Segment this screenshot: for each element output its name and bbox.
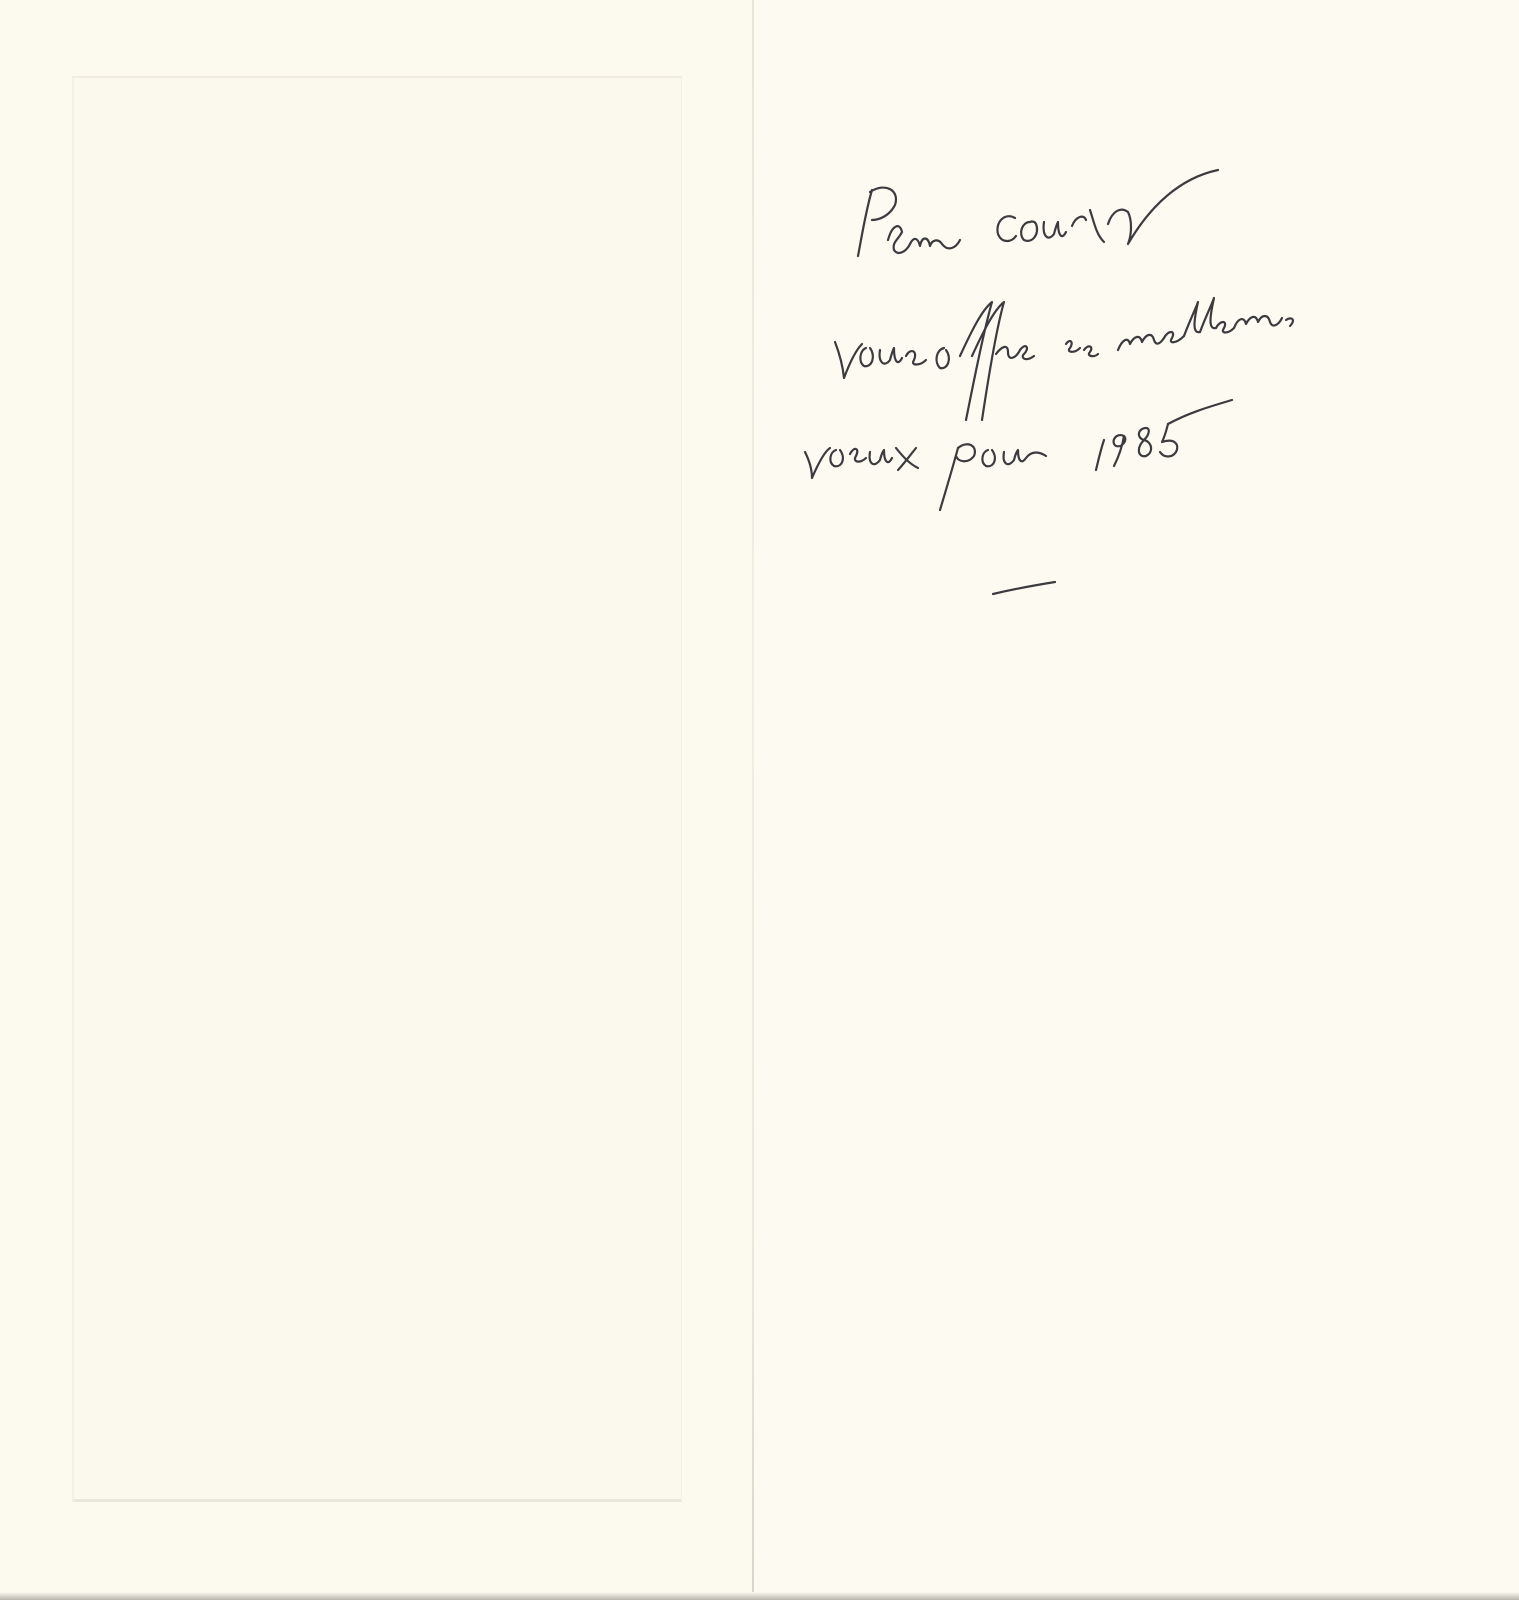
handwritten-message: Pierre Courtin vous offre ses meilleurs …: [0, 0, 1519, 1600]
signature-name: Pierre Courtin: [850, 190, 1201, 246]
closing-dash: —: [990, 560, 1030, 606]
message-line-1: vous offre ses meilleurs: [830, 300, 1406, 356]
message-line-2: vœux pour 1985: [805, 420, 1204, 476]
greeting-card: Pierre Courtin vous offre ses meilleurs …: [0, 0, 1519, 1600]
handwriting-strokes: [0, 0, 1519, 1600]
